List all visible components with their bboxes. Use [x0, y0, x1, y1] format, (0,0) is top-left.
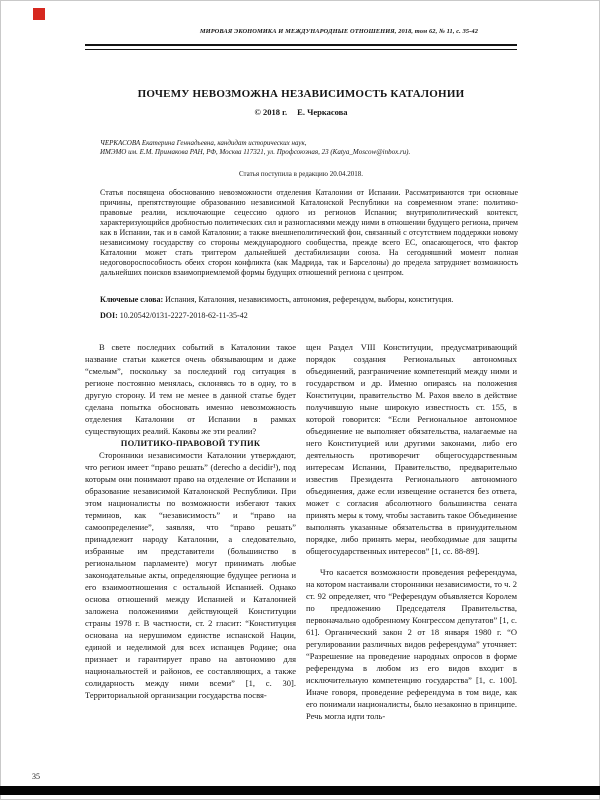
body-paragraph: Сторонники независимости Каталонии утвер…: [85, 449, 296, 701]
body-paragraph: В свете последних событий в Каталонии та…: [85, 341, 296, 437]
abstract-text: Статья посвящена обоснованию невозможнос…: [100, 188, 518, 278]
scanned-paper-page: МИРОВАЯ ЭКОНОМИКА И МЕЖДУНАРОДНЫЕ ОТНОШЕ…: [0, 0, 600, 800]
doi-label: DOI:: [100, 311, 118, 320]
header-divider-rule: [85, 44, 517, 50]
section-heading: ПОЛИТИКО-ПРАВОВОЙ ТУПИК: [85, 437, 296, 449]
author-name: Е. Черкасова: [297, 107, 347, 117]
keywords-label: Ключевые слова:: [100, 295, 163, 304]
body-paragraph: Что касается возможности проведения рефе…: [306, 566, 517, 722]
affiliation-line-1: ЧЕРКАСОВА Екатерина Геннадьевна, кандида…: [100, 139, 520, 148]
affiliation-line-2: ИМЭМО им. Е.М. Примакова РАН, РФ, Москва…: [100, 148, 520, 157]
left-column: В свете последних событий в Каталонии та…: [85, 341, 296, 771]
doi-value: 10.20542/0131-2227-2018-62-11-35-42: [118, 311, 248, 320]
right-column: щен Раздел VIII Конституции, предусматри…: [306, 341, 517, 771]
body-paragraph: щен Раздел VIII Конституции, предусматри…: [306, 341, 517, 557]
page-number: 35: [32, 772, 40, 781]
journal-header: МИРОВАЯ ЭКОНОМИКА И МЕЖДУНАРОДНЫЕ ОТНОШЕ…: [85, 28, 478, 35]
keywords-text: Испания, Каталония, независимость, автон…: [163, 295, 453, 304]
received-date: Статья поступила в редакцию 20.04.2018.: [85, 170, 517, 178]
bottom-scan-bar: [0, 786, 600, 795]
copyright-year: © 2018 г.: [255, 107, 288, 117]
body-columns: В свете последних событий в Каталонии та…: [85, 341, 517, 771]
doi-line: DOI: 10.20542/0131-2227-2018-62-11-35-42: [100, 311, 518, 320]
copyright-line: © 2018 г.Е. Черкасова: [85, 107, 517, 117]
keywords-line: Ключевые слова: Испания, Каталония, неза…: [100, 295, 518, 305]
red-square-marker: [33, 8, 45, 20]
article-title: ПОЧЕМУ НЕВОЗМОЖНА НЕЗАВИСИМОСТЬ КАТАЛОНИ…: [85, 88, 517, 100]
author-affiliation: ЧЕРКАСОВА Екатерина Геннадьевна, кандида…: [100, 139, 520, 157]
